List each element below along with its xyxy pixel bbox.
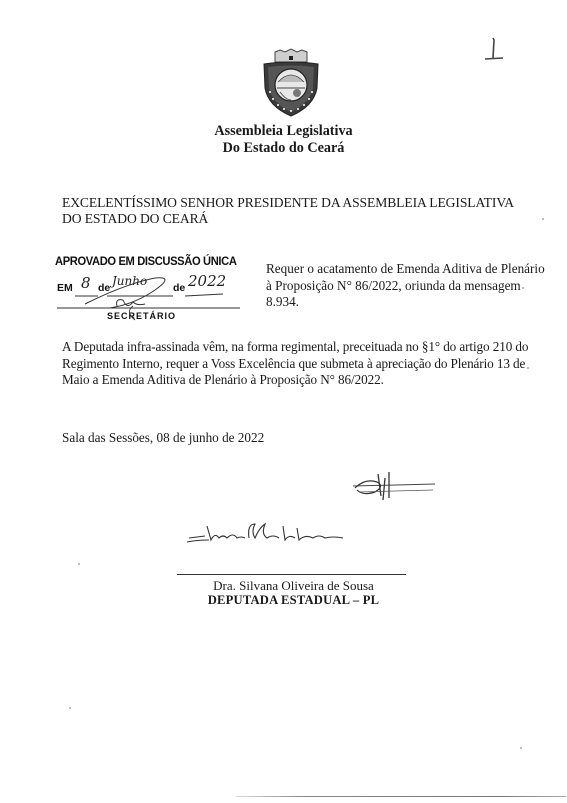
- scan-speck: [542, 218, 544, 220]
- scan-speck: [527, 367, 529, 369]
- stamp-handwriting-strokes: [55, 254, 245, 324]
- scan-edge-line: [236, 796, 566, 797]
- addressee: EXCELENTÍSSIMO SENHOR PRESIDENTE DA ASSE…: [62, 195, 532, 227]
- signature-line: [177, 574, 406, 575]
- scan-speck: [78, 563, 80, 565]
- approval-stamp: APROVADO EM DISCUSSÃO ÚNICA EM 8 de Junh…: [55, 254, 245, 324]
- request-summary: Requer o acatamento de Emenda Aditiva de…: [266, 261, 546, 311]
- rubric-signature: [345, 470, 445, 505]
- scan-speck: [520, 747, 522, 749]
- institution-name: Assembleia Legislativa: [0, 123, 567, 140]
- signer-name: Dra. Silvana Oliveira de Sousa: [0, 578, 567, 594]
- scan-speck: [522, 287, 524, 289]
- signer-role: DEPUTADA ESTADUAL – PL: [0, 593, 567, 608]
- scan-speck: [69, 707, 71, 709]
- coat-of-arms-icon: [258, 48, 324, 118]
- handwritten-page-number: [483, 34, 505, 64]
- institution-state: Do Estado do Ceará: [0, 140, 567, 157]
- place-and-date: Sala das Sessões, 08 de junho de 2022: [62, 430, 264, 446]
- handwritten-signature: [185, 520, 355, 550]
- request-body: A Deputada infra-assinada vêm, na forma …: [62, 339, 532, 389]
